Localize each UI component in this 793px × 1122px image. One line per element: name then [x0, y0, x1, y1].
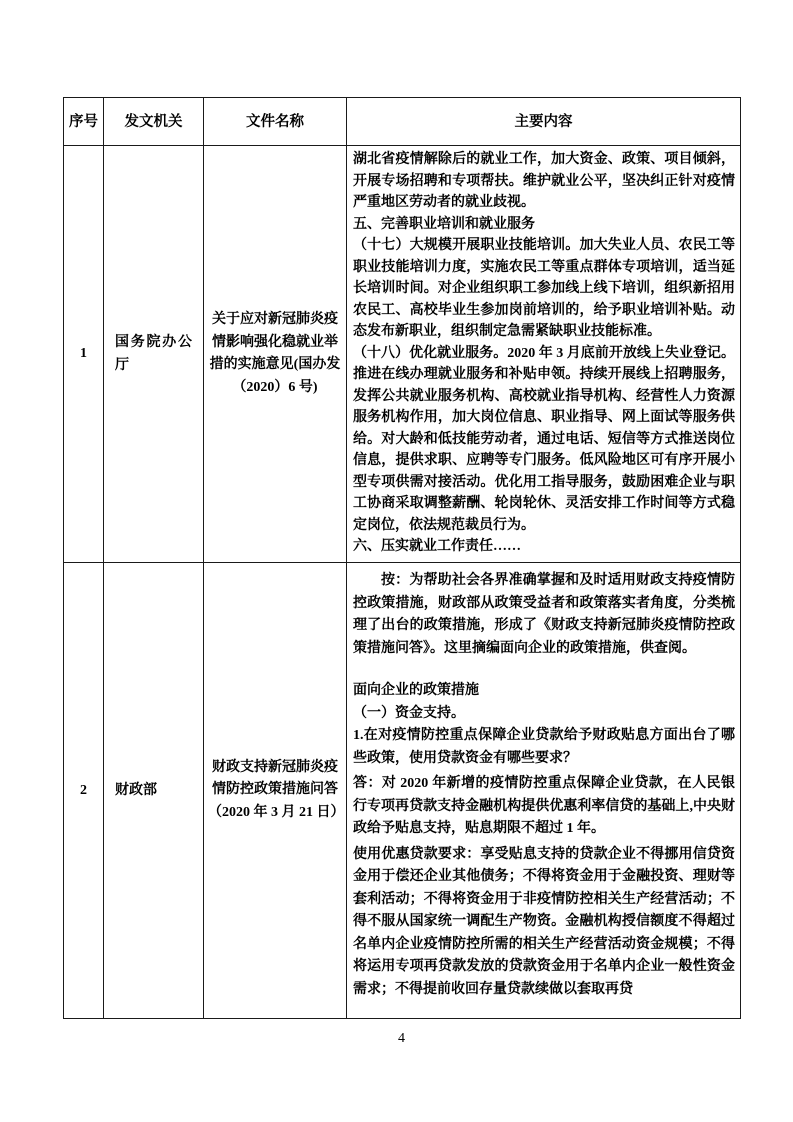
- table-row: 2 财政部 财政支持新冠肺炎疫情防控政策措施问答（2020 年 3 月 21 日…: [64, 563, 741, 1019]
- policy-documents-table: 序号 发文机关 文件名称 主要内容 1 国务院办公厅 关于应对新冠肺炎疫情影响强…: [63, 97, 741, 1019]
- page-number: 4: [63, 1031, 740, 1047]
- document-name-cell: 关于应对新冠肺炎疫情影响强化稳就业举措的实施意见(国办发（2020）6 号): [204, 146, 347, 563]
- serial-number-cell: 1: [64, 146, 104, 563]
- content-paragraph: 1.在对疫情防控重点保障企业贷款给予财政贴息方面出台了哪些政策，使用贷款资金有哪…: [353, 725, 735, 770]
- content-paragraph: 使用优惠贷款要求：享受贴息支持的贷款企业不得挪用信贷资金用于偿还企业其他债务；不…: [353, 844, 735, 1002]
- issuing-agency-cell: 财政部: [104, 563, 204, 1019]
- header-serial-number: 序号: [64, 98, 104, 146]
- content-paragraph: 答：对 2020 年新增的疫情防控重点保障企业贷款，在人民银行专项再贷款支持金融…: [353, 773, 735, 841]
- issuing-agency-cell: 国务院办公厅: [104, 146, 204, 563]
- main-content-cell: 按：为帮助社会各界准确掌握和及时适用财政支持疫情防控政策措施，财政部从政策受益者…: [347, 563, 741, 1019]
- header-issuing-agency: 发文机关: [104, 98, 204, 146]
- content-paragraph: 六、压实就业工作责任……: [353, 536, 735, 558]
- serial-number-cell: 2: [64, 563, 104, 1019]
- content-paragraph: （十八）优化就业服务。2020 年 3 月底前开放线上失业登记。推进在线办理就业…: [353, 343, 735, 537]
- table-header-row: 序号 发文机关 文件名称 主要内容: [64, 98, 741, 146]
- document-page: 序号 发文机关 文件名称 主要内容 1 国务院办公厅 关于应对新冠肺炎疫情影响强…: [0, 0, 793, 1122]
- content-paragraph: 面向企业的政策措施: [353, 680, 735, 703]
- content-paragraph: （一）资金支持。: [353, 703, 735, 726]
- content-paragraph: 湖北省疫情解除后的就业工作，加大资金、政策、项目倾斜，开展专场招聘和专项帮扶。维…: [353, 149, 735, 214]
- blank-line-spacer: [353, 660, 735, 680]
- content-paragraph: （十七）大规模开展职业技能培训。加大失业人员、农民工等职业技能培训力度，实施农民…: [353, 235, 735, 343]
- header-main-content: 主要内容: [347, 98, 741, 146]
- header-document-name: 文件名称: [204, 98, 347, 146]
- table-row: 1 国务院办公厅 关于应对新冠肺炎疫情影响强化稳就业举措的实施意见(国办发（20…: [64, 146, 741, 563]
- content-paragraph: 五、完善职业培训和就业服务: [353, 214, 735, 236]
- main-content-cell: 湖北省疫情解除后的就业工作，加大资金、政策、项目倾斜，开展专场招聘和专项帮扶。维…: [347, 146, 741, 563]
- content-paragraph: 按：为帮助社会各界准确掌握和及时适用财政支持疫情防控政策措施，财政部从政策受益者…: [353, 570, 735, 660]
- document-name-cell: 财政支持新冠肺炎疫情防控政策措施问答（2020 年 3 月 21 日）: [204, 563, 347, 1019]
